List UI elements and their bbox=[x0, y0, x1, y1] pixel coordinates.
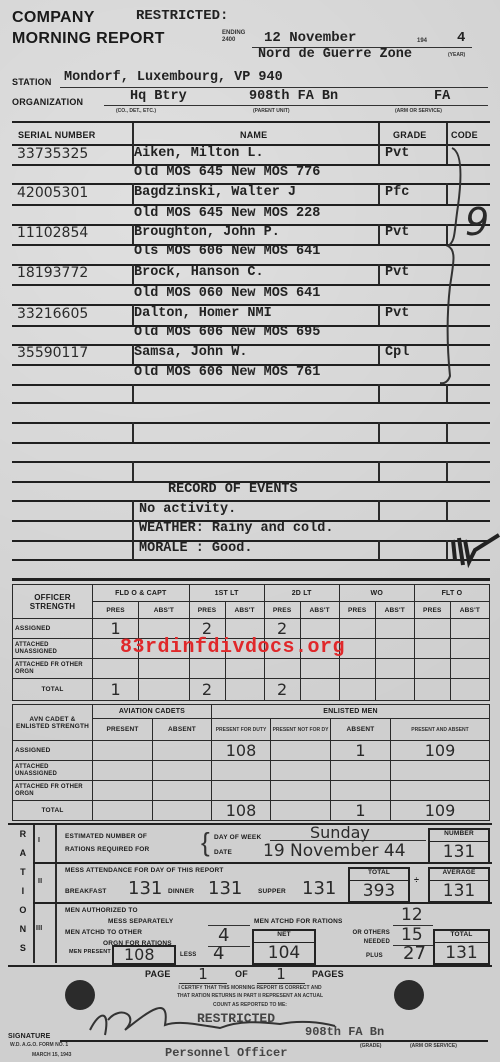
subcol-pres: PRES bbox=[414, 602, 450, 619]
soldier-name: Bagdzinski, Walter J bbox=[134, 185, 296, 200]
cell bbox=[339, 679, 375, 701]
mess-separately-label-2: MESS SEPARATELY bbox=[108, 918, 173, 925]
arm-value: FA bbox=[434, 89, 450, 104]
row-label: ATTACHED UNASSIGNED bbox=[13, 761, 93, 781]
signer-unit: 908th FA Bn bbox=[305, 1025, 384, 1039]
day-of-week-label: DAY OF WEEK bbox=[214, 834, 261, 841]
handwritten-code: 9 bbox=[465, 200, 489, 244]
report-date: 12 November bbox=[264, 30, 356, 46]
subcol-abst: ABS'T bbox=[375, 602, 414, 619]
col-rule bbox=[446, 123, 448, 145]
day-of-week-value: Sunday bbox=[310, 823, 370, 842]
officer-row-attached-other: ATTACHED FR OTHER ORGN bbox=[13, 659, 490, 679]
atchd-rations-line: 12 bbox=[393, 905, 433, 926]
cell: 109 bbox=[391, 801, 490, 821]
mos-change: Old MOS 606 New MOS 761 bbox=[134, 365, 320, 380]
year-label: (YEAR) bbox=[448, 52, 465, 58]
breakfast-label: BREAKFAST bbox=[65, 888, 107, 895]
personnel-entry: 33735325 Aiken, Milton L. Pvt Old MOS 64… bbox=[12, 145, 490, 183]
personnel-entry: 18193772 Brock, Hanson C. Pvt Old MOS 06… bbox=[12, 264, 490, 304]
serial-number: 18193772 bbox=[17, 265, 88, 281]
average-box: AVERAGE 131 bbox=[428, 867, 490, 903]
ration-date-value: 19 November 44 bbox=[263, 841, 406, 861]
estimated-label-2: RATIONS REQUIRED FOR bbox=[65, 846, 149, 853]
mos-change: Old MOS 606 New MOS 695 bbox=[134, 325, 320, 340]
side-letter: R bbox=[16, 829, 30, 848]
side-letter: S bbox=[16, 943, 30, 962]
dinner-label: DINNER bbox=[168, 888, 194, 895]
men-present-label: MEN PRESENT bbox=[68, 949, 112, 955]
page-count: PAGE 1 OF 1 PAGES bbox=[145, 967, 365, 981]
subcol-abst: ABS'T bbox=[300, 602, 339, 619]
page-label: PAGE bbox=[145, 969, 171, 979]
cell: 1 bbox=[93, 679, 139, 701]
parent-unit-value: 908th FA Bn bbox=[249, 89, 338, 104]
serial-number: 42005301 bbox=[17, 185, 88, 201]
parent-unit-sublabel: (PARENT UNIT) bbox=[253, 108, 290, 114]
col-header-code: CODE bbox=[451, 130, 478, 140]
row-label: ASSIGNED bbox=[13, 619, 93, 639]
soldier-name: Aiken, Milton L. bbox=[134, 146, 264, 161]
col-cadets-present: PRESENT bbox=[93, 719, 153, 741]
col-rule bbox=[446, 461, 448, 481]
group-fld-o-capt: FLD O & CAPT bbox=[93, 585, 190, 602]
personnel-entry: 33216605 Dalton, Homer NMI Pvt Old MOS 6… bbox=[12, 305, 490, 345]
station-label: STATION bbox=[12, 77, 52, 87]
net-box: NET 104 bbox=[252, 929, 316, 965]
col-absent: ABSENT bbox=[331, 719, 391, 741]
row-rule bbox=[12, 500, 490, 502]
plus-value: 27 bbox=[403, 943, 426, 964]
supper-value: 131 bbox=[302, 878, 336, 899]
officer-strength-title: OFFICER STRENGTH bbox=[13, 585, 93, 619]
mos-change: Ols MOS 606 New MOS 641 bbox=[134, 244, 320, 259]
mos-change: Old MOS 060 New MOS 641 bbox=[134, 286, 320, 301]
organization-label: ORGANIZATION bbox=[12, 97, 83, 107]
divider bbox=[33, 862, 492, 864]
soldier-grade: Pvt bbox=[385, 306, 409, 321]
morale-line: MORALE : Good. bbox=[139, 541, 252, 556]
company-sublabel: (CO., DET., ETC.) bbox=[116, 108, 156, 114]
form-date: MARCH 15, 1943 bbox=[32, 1052, 71, 1058]
soldier-grade: Pvt bbox=[385, 146, 409, 161]
cell bbox=[414, 679, 450, 701]
cell bbox=[225, 679, 264, 701]
enlisted-row-attached-unassigned: ATTACHED UNASSIGNED bbox=[13, 761, 490, 781]
date-line: 12 November 194 4 bbox=[252, 30, 472, 48]
subcol-abst: ABS'T bbox=[225, 602, 264, 619]
record-of-events-heading: RECORD OF EVENTS bbox=[168, 482, 298, 497]
col-header-serial: SERIAL NUMBER bbox=[18, 130, 95, 140]
cell bbox=[375, 619, 414, 639]
estimated-label-1: ESTIMATED NUMBER OF bbox=[65, 833, 147, 840]
curly-brace-icon: { bbox=[201, 828, 210, 856]
ending-label: ENDING 2400 bbox=[222, 30, 248, 44]
cell bbox=[271, 801, 331, 821]
serial-number: 35590117 bbox=[17, 345, 88, 361]
classification-stamp: RESTRICTED: bbox=[136, 8, 228, 24]
header-divider bbox=[12, 121, 490, 123]
year-suffix: 4 bbox=[457, 30, 465, 46]
men-present-box: 108 bbox=[112, 945, 176, 965]
day-line: Sunday bbox=[270, 825, 426, 841]
serial-number: 33735325 bbox=[17, 146, 88, 162]
signer-title: Personnel Officer bbox=[165, 1046, 287, 1060]
side-letter: T bbox=[16, 867, 30, 886]
col-rule bbox=[132, 461, 134, 481]
station-line: Mondorf, Luxembourg, VP 940 bbox=[60, 70, 488, 88]
col-rule bbox=[132, 384, 134, 402]
plus-label: PLUS bbox=[366, 953, 383, 959]
officer-row-total: TOTAL 1 2 2 bbox=[13, 679, 490, 701]
rations-side-label: R A T I O N S bbox=[16, 829, 30, 962]
side-letter: I bbox=[16, 886, 30, 905]
subcol-abst: ABS'T bbox=[139, 602, 189, 619]
soldier-grade: Pvt bbox=[385, 265, 409, 280]
weather-line: WEATHER: Rainy and cold. bbox=[139, 521, 333, 536]
personnel-entry: 42005301 Bagdzinski, Walter J Pfc Old MO… bbox=[12, 184, 490, 224]
grade-sublabel: (GRADE) bbox=[360, 1043, 381, 1049]
divide-symbol-icon: ÷ bbox=[414, 875, 419, 885]
cell bbox=[271, 741, 331, 761]
dinner-value: 131 bbox=[208, 878, 242, 899]
subcol-pres: PRES bbox=[93, 602, 139, 619]
row-rule bbox=[12, 384, 490, 386]
personnel-entry: 35590117 Samsa, John W. Cpl Old MOS 606 … bbox=[12, 344, 490, 384]
subcol-abst: ABS'T bbox=[450, 602, 489, 619]
personnel-entry: 11102854 Broughton, John P. Pvt Ols MOS … bbox=[12, 224, 490, 264]
roman-ii: II bbox=[38, 878, 42, 885]
date-label: DATE bbox=[214, 849, 232, 856]
organization-line: Hq Btry 908th FA Bn FA bbox=[104, 89, 488, 106]
col-present-for-duty: PRESENT FOR DUTY bbox=[212, 719, 271, 741]
ink-mark-icon bbox=[445, 530, 500, 590]
row-label: ATTACHED FR OTHER ORGN bbox=[13, 659, 93, 679]
row-rule bbox=[12, 578, 490, 581]
col-rule bbox=[132, 123, 134, 145]
of-label: OF bbox=[235, 969, 248, 979]
col-header-grade: GRADE bbox=[393, 130, 427, 140]
serial-number: 11102854 bbox=[17, 225, 88, 241]
breakfast-value: 131 bbox=[128, 878, 162, 899]
cell bbox=[93, 741, 153, 761]
company-value: Hq Btry bbox=[130, 89, 187, 104]
total-value: 131 bbox=[435, 943, 488, 963]
row-label: ASSIGNED bbox=[13, 741, 93, 761]
col-rule bbox=[132, 422, 134, 442]
col-rule bbox=[378, 540, 380, 560]
roman-i: I bbox=[38, 837, 40, 844]
number-box: NUMBER 131 bbox=[428, 828, 490, 864]
subcol-pres: PRES bbox=[189, 602, 225, 619]
row-label: TOTAL bbox=[13, 801, 93, 821]
subcol-pres: PRES bbox=[339, 602, 375, 619]
col-rule bbox=[446, 500, 448, 520]
others-needed-value: 15 bbox=[401, 925, 423, 945]
mess-attendance-label: MESS ATTENDANCE FOR DAY OF THIS REPORT bbox=[65, 867, 224, 874]
col-rule bbox=[378, 500, 380, 520]
group-2d-lt: 2D LT bbox=[264, 585, 339, 602]
enlisted-row-total: TOTAL 108 1 109 bbox=[13, 801, 490, 821]
less-label: LESS bbox=[180, 952, 196, 958]
cell: 1 bbox=[331, 801, 391, 821]
cell: 108 bbox=[212, 741, 271, 761]
atchd-other-label-1: MEN ATCHD TO OTHER bbox=[65, 929, 142, 936]
supper-label: SUPPER bbox=[258, 888, 286, 895]
mos-change: Old MOS 645 New MOS 228 bbox=[134, 206, 320, 221]
col-rule bbox=[378, 422, 380, 442]
group-enlisted-men: ENLISTED MEN bbox=[212, 705, 490, 719]
soldier-name: Broughton, John P. bbox=[134, 225, 280, 240]
punch-hole-right-icon bbox=[394, 980, 424, 1010]
cell bbox=[153, 741, 212, 761]
group-aviation-cadets: AVIATION CADETS bbox=[93, 705, 212, 719]
number-label: NUMBER bbox=[430, 830, 488, 842]
mos-change: Old MOS 645 New MOS 776 bbox=[134, 165, 320, 180]
soldier-name: Brock, Hanson C. bbox=[134, 265, 264, 280]
mess-total-box: TOTAL 393 bbox=[348, 867, 410, 903]
row-rule bbox=[12, 422, 490, 424]
mess-separately-label-1: MEN AUTHORIZED TO bbox=[65, 907, 138, 914]
cell bbox=[450, 679, 489, 701]
col-rule bbox=[378, 461, 380, 481]
handwritten-signature-icon bbox=[80, 1000, 340, 1050]
row-rule bbox=[12, 559, 490, 561]
total-pages: 1 bbox=[257, 965, 305, 984]
signature-label: SIGNATURE bbox=[8, 1033, 51, 1040]
cell bbox=[414, 619, 450, 639]
row-label: TOTAL bbox=[13, 679, 93, 701]
rations-section: R A T I O N S I ESTIMATED NUMBER OF RATI… bbox=[8, 823, 492, 967]
cell: 2 bbox=[189, 679, 225, 701]
subcol-pres: PRES bbox=[264, 602, 300, 619]
roman-iii: III bbox=[36, 925, 42, 932]
col-present-not-for-duty: PRESENT NOT FOR DY bbox=[271, 719, 331, 741]
group-wo: WO bbox=[339, 585, 414, 602]
soldier-grade: Pvt bbox=[385, 225, 409, 240]
zone: Nord de Guerre Zone bbox=[258, 47, 412, 62]
watermark-url: 83rdinfdivdocs.org bbox=[120, 636, 345, 659]
side-letter: N bbox=[16, 924, 30, 943]
divider bbox=[33, 825, 35, 963]
col-rule bbox=[378, 123, 380, 145]
total-label: TOTAL bbox=[435, 931, 488, 943]
cell: 1 bbox=[331, 741, 391, 761]
col-header-name: NAME bbox=[240, 130, 267, 140]
enlisted-strength-title: AVN CADET & ENLISTED STRENGTH bbox=[13, 705, 93, 741]
cell bbox=[450, 619, 489, 639]
col-present-and-absent: PRESENT AND ABSENT bbox=[391, 719, 490, 741]
col-rule bbox=[132, 500, 134, 560]
row-label: ATTACHED FR OTHER ORGN bbox=[13, 781, 93, 801]
others-needed-label: OR OTHERS NEEDED bbox=[326, 929, 390, 947]
soldier-grade: Pfc bbox=[385, 185, 409, 200]
serial-number: 33216605 bbox=[17, 306, 88, 322]
cell bbox=[139, 679, 189, 701]
soldier-name: Dalton, Homer NMI bbox=[134, 306, 272, 321]
average-label: AVERAGE bbox=[430, 869, 488, 881]
form-number: W.D. A.G.O. FORM NO. 1 bbox=[10, 1042, 68, 1048]
atchd-rations-label: MEN ATCHD FOR RATIONS bbox=[254, 918, 343, 925]
page-number: 1 bbox=[179, 965, 227, 984]
cell: 109 bbox=[391, 741, 490, 761]
net-value: 104 bbox=[254, 943, 314, 963]
year-prefix: 194 bbox=[417, 38, 427, 44]
cell bbox=[300, 679, 339, 701]
group-flt-o: FLT O bbox=[414, 585, 489, 602]
total-value: 393 bbox=[350, 881, 408, 901]
men-present-value: 108 bbox=[124, 945, 155, 964]
average-value: 131 bbox=[430, 881, 488, 901]
col-rule bbox=[446, 384, 448, 402]
cell: 108 bbox=[212, 801, 271, 821]
soldier-name: Samsa, John W. bbox=[134, 345, 247, 360]
side-letter: A bbox=[16, 848, 30, 867]
enlisted-strength-table: AVN CADET & ENLISTED STRENGTH AVIATION C… bbox=[12, 704, 490, 821]
ration-total-box: TOTAL 131 bbox=[433, 929, 490, 965]
cell bbox=[153, 801, 212, 821]
pages-label: PAGES bbox=[312, 969, 344, 979]
col-rule bbox=[378, 384, 380, 402]
form-title-line2: MORNING REPORT bbox=[12, 29, 165, 48]
certify-line-2: THAT RATION RETURNS IN PART II REPRESENT… bbox=[130, 993, 370, 999]
cell: 2 bbox=[264, 679, 300, 701]
morning-report-form: COMPANY MORNING REPORT RESTRICTED: ENDIN… bbox=[0, 0, 500, 1062]
handwritten-brace-icon bbox=[440, 146, 500, 386]
event-line: No activity. bbox=[139, 502, 236, 517]
net-label: NET bbox=[254, 931, 314, 943]
station-value: Mondorf, Luxembourg, VP 940 bbox=[64, 70, 283, 85]
divider bbox=[33, 902, 492, 904]
col-cadets-absent: ABSENT bbox=[153, 719, 212, 741]
cell bbox=[93, 801, 153, 821]
soldier-grade: Cpl bbox=[385, 345, 409, 360]
total-label: TOTAL bbox=[350, 869, 408, 881]
form-title-line1: COMPANY bbox=[12, 8, 95, 27]
row-label: ATTACHED UNASSIGNED bbox=[13, 639, 93, 659]
side-letter: O bbox=[16, 905, 30, 924]
atchd-rations-value: 12 bbox=[401, 905, 423, 925]
arm-service-sublabel: (ARM OR SERVICE) bbox=[410, 1043, 457, 1049]
enlisted-row-attached-other: ATTACHED FR OTHER ORGN bbox=[13, 781, 490, 801]
col-rule bbox=[446, 422, 448, 442]
number-value: 131 bbox=[430, 842, 488, 862]
group-1st-lt: 1ST LT bbox=[189, 585, 264, 602]
row-rule bbox=[12, 461, 490, 463]
cell bbox=[375, 679, 414, 701]
arm-sublabel: (ARM OR SERVICE) bbox=[395, 108, 442, 114]
row-rule bbox=[12, 402, 490, 404]
row-rule bbox=[12, 442, 490, 444]
divider bbox=[55, 825, 57, 963]
less-value: 4 bbox=[213, 943, 224, 964]
enlisted-row-assigned: ASSIGNED 108 1 109 bbox=[13, 741, 490, 761]
certify-line-1: I CERTIFY THAT THIS MORNING REPORT IS CO… bbox=[130, 985, 370, 991]
